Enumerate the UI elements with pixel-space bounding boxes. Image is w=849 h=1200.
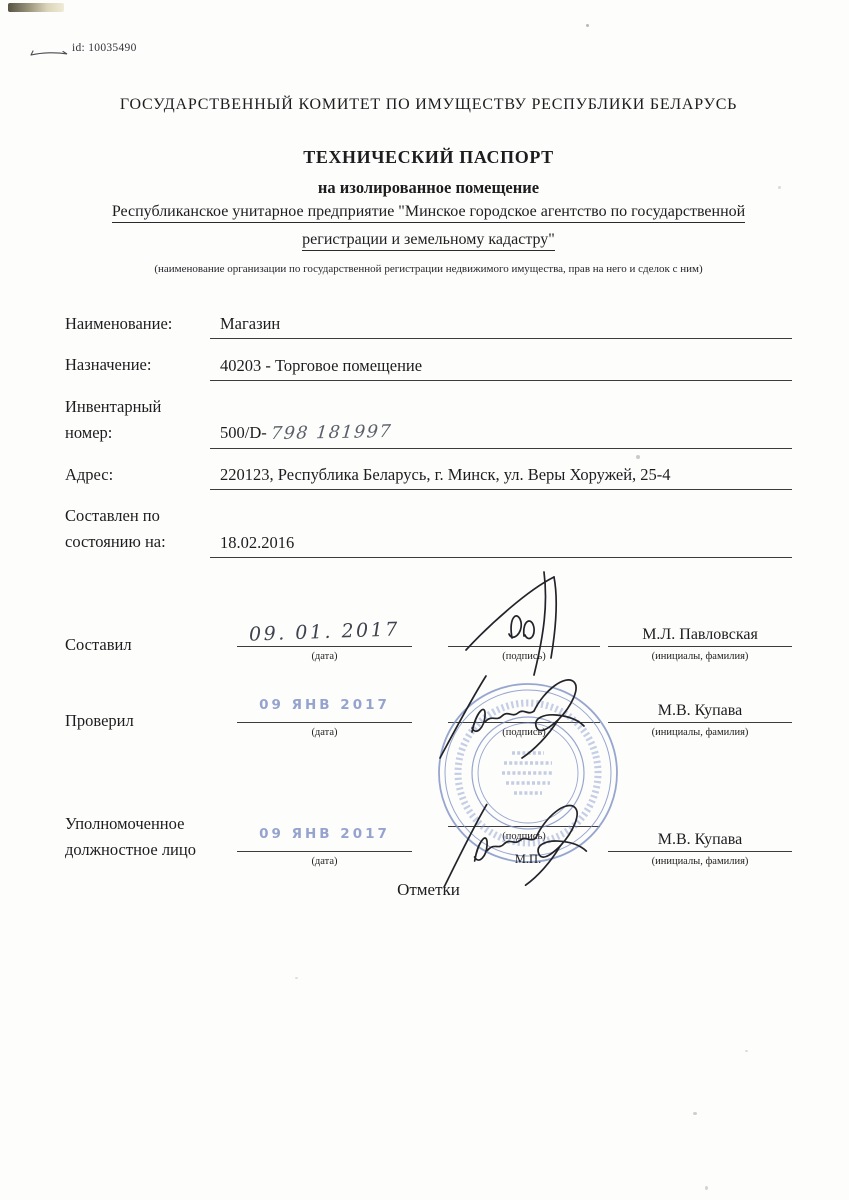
marks-section-title: Отметки — [65, 880, 792, 900]
document-subtitle: на изолированное помещение — [65, 178, 792, 198]
role-label: Проверил — [65, 708, 237, 737]
field-purpose-label: Назначение: — [65, 352, 210, 380]
signature-row-compiled: Составил 09. 01. 2017 (дата) — [65, 604, 792, 662]
signature-cell: (подпись) М.П. — [448, 756, 608, 867]
scanned-document-page: id: 10035490 ГОСУДАРСТВЕННЫЙ КОМИТЕТ ПО … — [0, 0, 849, 1200]
scan-speck — [295, 977, 298, 979]
signature-cell: (подпись) — [448, 604, 608, 662]
seal-place-mark: М.П. — [448, 852, 608, 867]
role-label: Составил — [65, 632, 237, 661]
signature-block: Составил 09. 01. 2017 (дата) — [65, 604, 792, 867]
form-fields: Наименование: Магазин Назначение: 40203 … — [65, 311, 792, 558]
field-name-value: Магазин — [210, 314, 792, 339]
name-cell: М.Л. Павловская (инициалы, фамилия) — [608, 604, 792, 662]
document-title: ТЕХНИЧЕСКИЙ ПАСПОРТ — [65, 147, 792, 168]
person-name: М.Л. Павловская — [642, 626, 758, 644]
document-id-note: id: 10035490 — [30, 42, 137, 62]
inventory-printed-part: 500/D- — [220, 423, 267, 442]
name-cell: М.В. Купава (инициалы, фамилия) — [608, 781, 792, 867]
scan-smudge — [8, 3, 64, 12]
date-caption: (дата) — [237, 856, 412, 867]
name-caption: (инициалы, фамилия) — [608, 856, 792, 867]
org-name-note: (наименование организации по государстве… — [65, 263, 792, 275]
field-as-of-value: 18.02.2016 — [210, 533, 792, 558]
signature-cell: (подпись) — [448, 678, 608, 738]
org-name-line1: Республиканское унитарное предприятие "М… — [65, 198, 792, 226]
scan-speck — [693, 1112, 697, 1115]
field-purpose: Назначение: 40203 - Торговое помещение — [65, 352, 792, 380]
org-name-line2: регистрации и земельному кадастру" — [65, 226, 792, 254]
signature-row-checked: Проверил 09 ЯНВ 2017 (дата) — [65, 678, 792, 738]
field-address-label: Адрес: — [65, 462, 210, 490]
field-address-value: 220123, Республика Беларусь, г. Минск, у… — [210, 465, 792, 490]
field-address: Адрес: 220123, Республика Беларусь, г. М… — [65, 462, 792, 490]
handwritten-date: 09. 01. 2017 — [249, 618, 401, 645]
date-cell: 09 ЯНВ 2017 (дата) — [237, 678, 448, 738]
committee-title: ГОСУДАРСТВЕННЫЙ КОМИТЕТ ПО ИМУЩЕСТВУ РЕС… — [65, 96, 792, 114]
field-name: Наименование: Магазин — [65, 311, 792, 339]
field-purpose-value: 40203 - Торговое помещение — [210, 356, 792, 381]
scan-speck — [745, 1050, 748, 1052]
sign-caption: (подпись) — [448, 831, 600, 842]
date-stamp: 09 ЯНВ 2017 — [259, 826, 390, 842]
date-stamp: 09 ЯНВ 2017 — [259, 697, 390, 713]
date-caption: (дата) — [237, 651, 412, 662]
date-cell: 09. 01. 2017 (дата) — [237, 604, 448, 662]
sign-caption: (подпись) — [448, 651, 600, 662]
role-label: Уполномоченное должностное лицо — [65, 811, 237, 867]
person-name: М.В. Купава — [658, 831, 742, 849]
pointer-line-icon — [30, 48, 70, 62]
name-cell: М.В. Купава (инициалы, фамилия) — [608, 678, 792, 738]
field-inventory-number: Инвентарный номер: 500/D-798 181997 — [65, 394, 792, 449]
date-caption: (дата) — [237, 727, 412, 738]
field-name-label: Наименование: — [65, 311, 210, 339]
person-name: М.В. Купава — [658, 702, 742, 720]
date-cell: 09 ЯНВ 2017 (дата) — [237, 781, 448, 867]
name-caption: (инициалы, фамилия) — [608, 651, 792, 662]
scan-speck — [586, 24, 589, 27]
sign-caption: (подпись) — [448, 727, 600, 738]
inventory-handwritten-part: 798 181997 — [270, 422, 393, 446]
scan-speck — [705, 1186, 708, 1190]
signature-row-authorized-official: Уполномоченное должностное лицо 09 ЯНВ 2… — [65, 756, 792, 867]
field-as-of-label: Составлен по состоянию на: — [65, 503, 210, 558]
document-id-text: id: 10035490 — [72, 42, 137, 54]
field-as-of-date: Составлен по состоянию на: 18.02.2016 — [65, 503, 792, 558]
field-inventory-value: 500/D-798 181997 — [210, 423, 792, 449]
field-inventory-label: Инвентарный номер: — [65, 394, 210, 449]
name-caption: (инициалы, фамилия) — [608, 727, 792, 738]
